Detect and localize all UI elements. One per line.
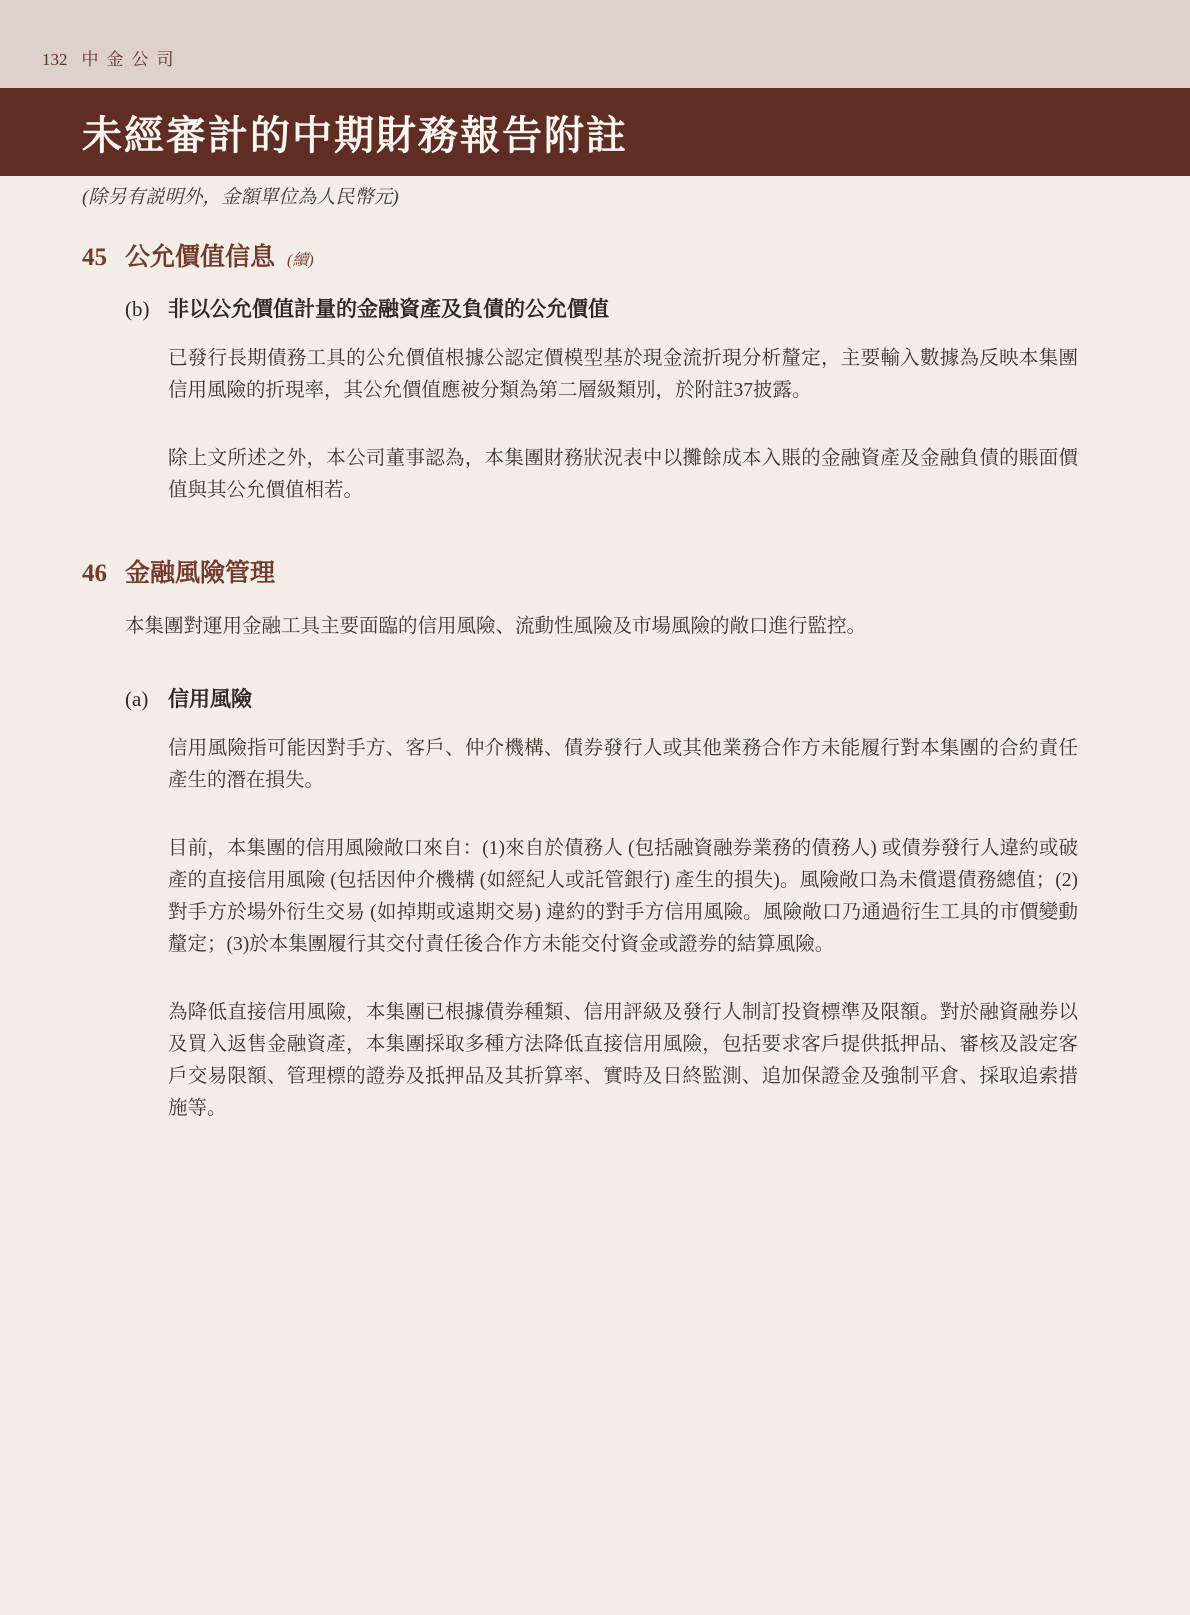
company-name: 中金公司 <box>82 45 182 70</box>
section-45-title: 公允價值信息 <box>125 237 275 273</box>
subsection-45b-letter: (b) <box>125 297 168 322</box>
subsection-45b: (b) 非以公允價值計量的金融資產及負債的公允價值 已發行長期債務工具的公允價值… <box>82 293 1078 507</box>
subsection-46a: (a) 信用風險 信用風險指可能因對手方、客戶、仲介機構、債券發行人或其他業務合… <box>82 683 1078 1125</box>
subsection-46a-title: 信用風險 <box>168 683 252 713</box>
section-46: 46 金融風險管理 本集團對運用金融工具主要面臨的信用風險、流動性風險及市場風險… <box>82 553 1078 1125</box>
page-content: (除另有説明外，金額單位為人民幣元) 45 公允價值信息 (續) (b) 非以公… <box>0 182 1190 1125</box>
paragraph: 信用風險指可能因對手方、客戶、仲介機構、債券發行人或其他業務合作方未能履行對本集… <box>168 733 1078 797</box>
subsection-45b-heading: (b) 非以公允價值計量的金融資產及負債的公允價值 <box>125 293 1078 323</box>
paragraph: 已發行長期債務工具的公允價值根據公認定價模型基於現金流折現分析釐定，主要輸入數據… <box>168 343 1078 407</box>
section-46-title: 金融風險管理 <box>125 553 275 589</box>
page-number: 132 <box>42 50 68 70</box>
paragraph: 目前，本集團的信用風險敞口來自：(1)來自於債務人 (包括融資融券業務的債務人)… <box>168 833 1078 961</box>
title-banner: 未經審計的中期財務報告附註 <box>0 88 1190 176</box>
currency-note: (除另有説明外，金額單位為人民幣元) <box>82 182 1078 209</box>
section-45-number: 45 <box>82 244 125 272</box>
section-46-number: 46 <box>82 560 125 588</box>
section-46-intro: 本集團對運用金融工具主要面臨的信用風險、流動性風險及市場風險的敞口進行監控。 <box>125 611 1078 643</box>
paragraph: 除上文所述之外，本公司董事認為，本集團財務狀況表中以攤餘成本入賬的金融資產及金融… <box>168 443 1078 507</box>
subsection-46a-letter: (a) <box>125 687 168 712</box>
section-45-heading: 45 公允價值信息 (續) <box>82 237 1078 273</box>
page-header: 132 中金公司 <box>0 0 1190 88</box>
section-45-continued-label: (續) <box>287 247 314 270</box>
paragraph: 為降低直接信用風險，本集團已根據債券種類、信用評級及發行人制訂投資標準及限額。對… <box>168 997 1078 1125</box>
section-45: 45 公允價值信息 (續) (b) 非以公允價值計量的金融資產及負債的公允價值 … <box>82 237 1078 507</box>
document-title: 未經審計的中期財務報告附註 <box>82 104 628 161</box>
section-46-heading: 46 金融風險管理 <box>82 553 1078 589</box>
subsection-45b-title: 非以公允價值計量的金融資產及負債的公允價值 <box>168 293 609 323</box>
subsection-46a-heading: (a) 信用風險 <box>125 683 1078 713</box>
